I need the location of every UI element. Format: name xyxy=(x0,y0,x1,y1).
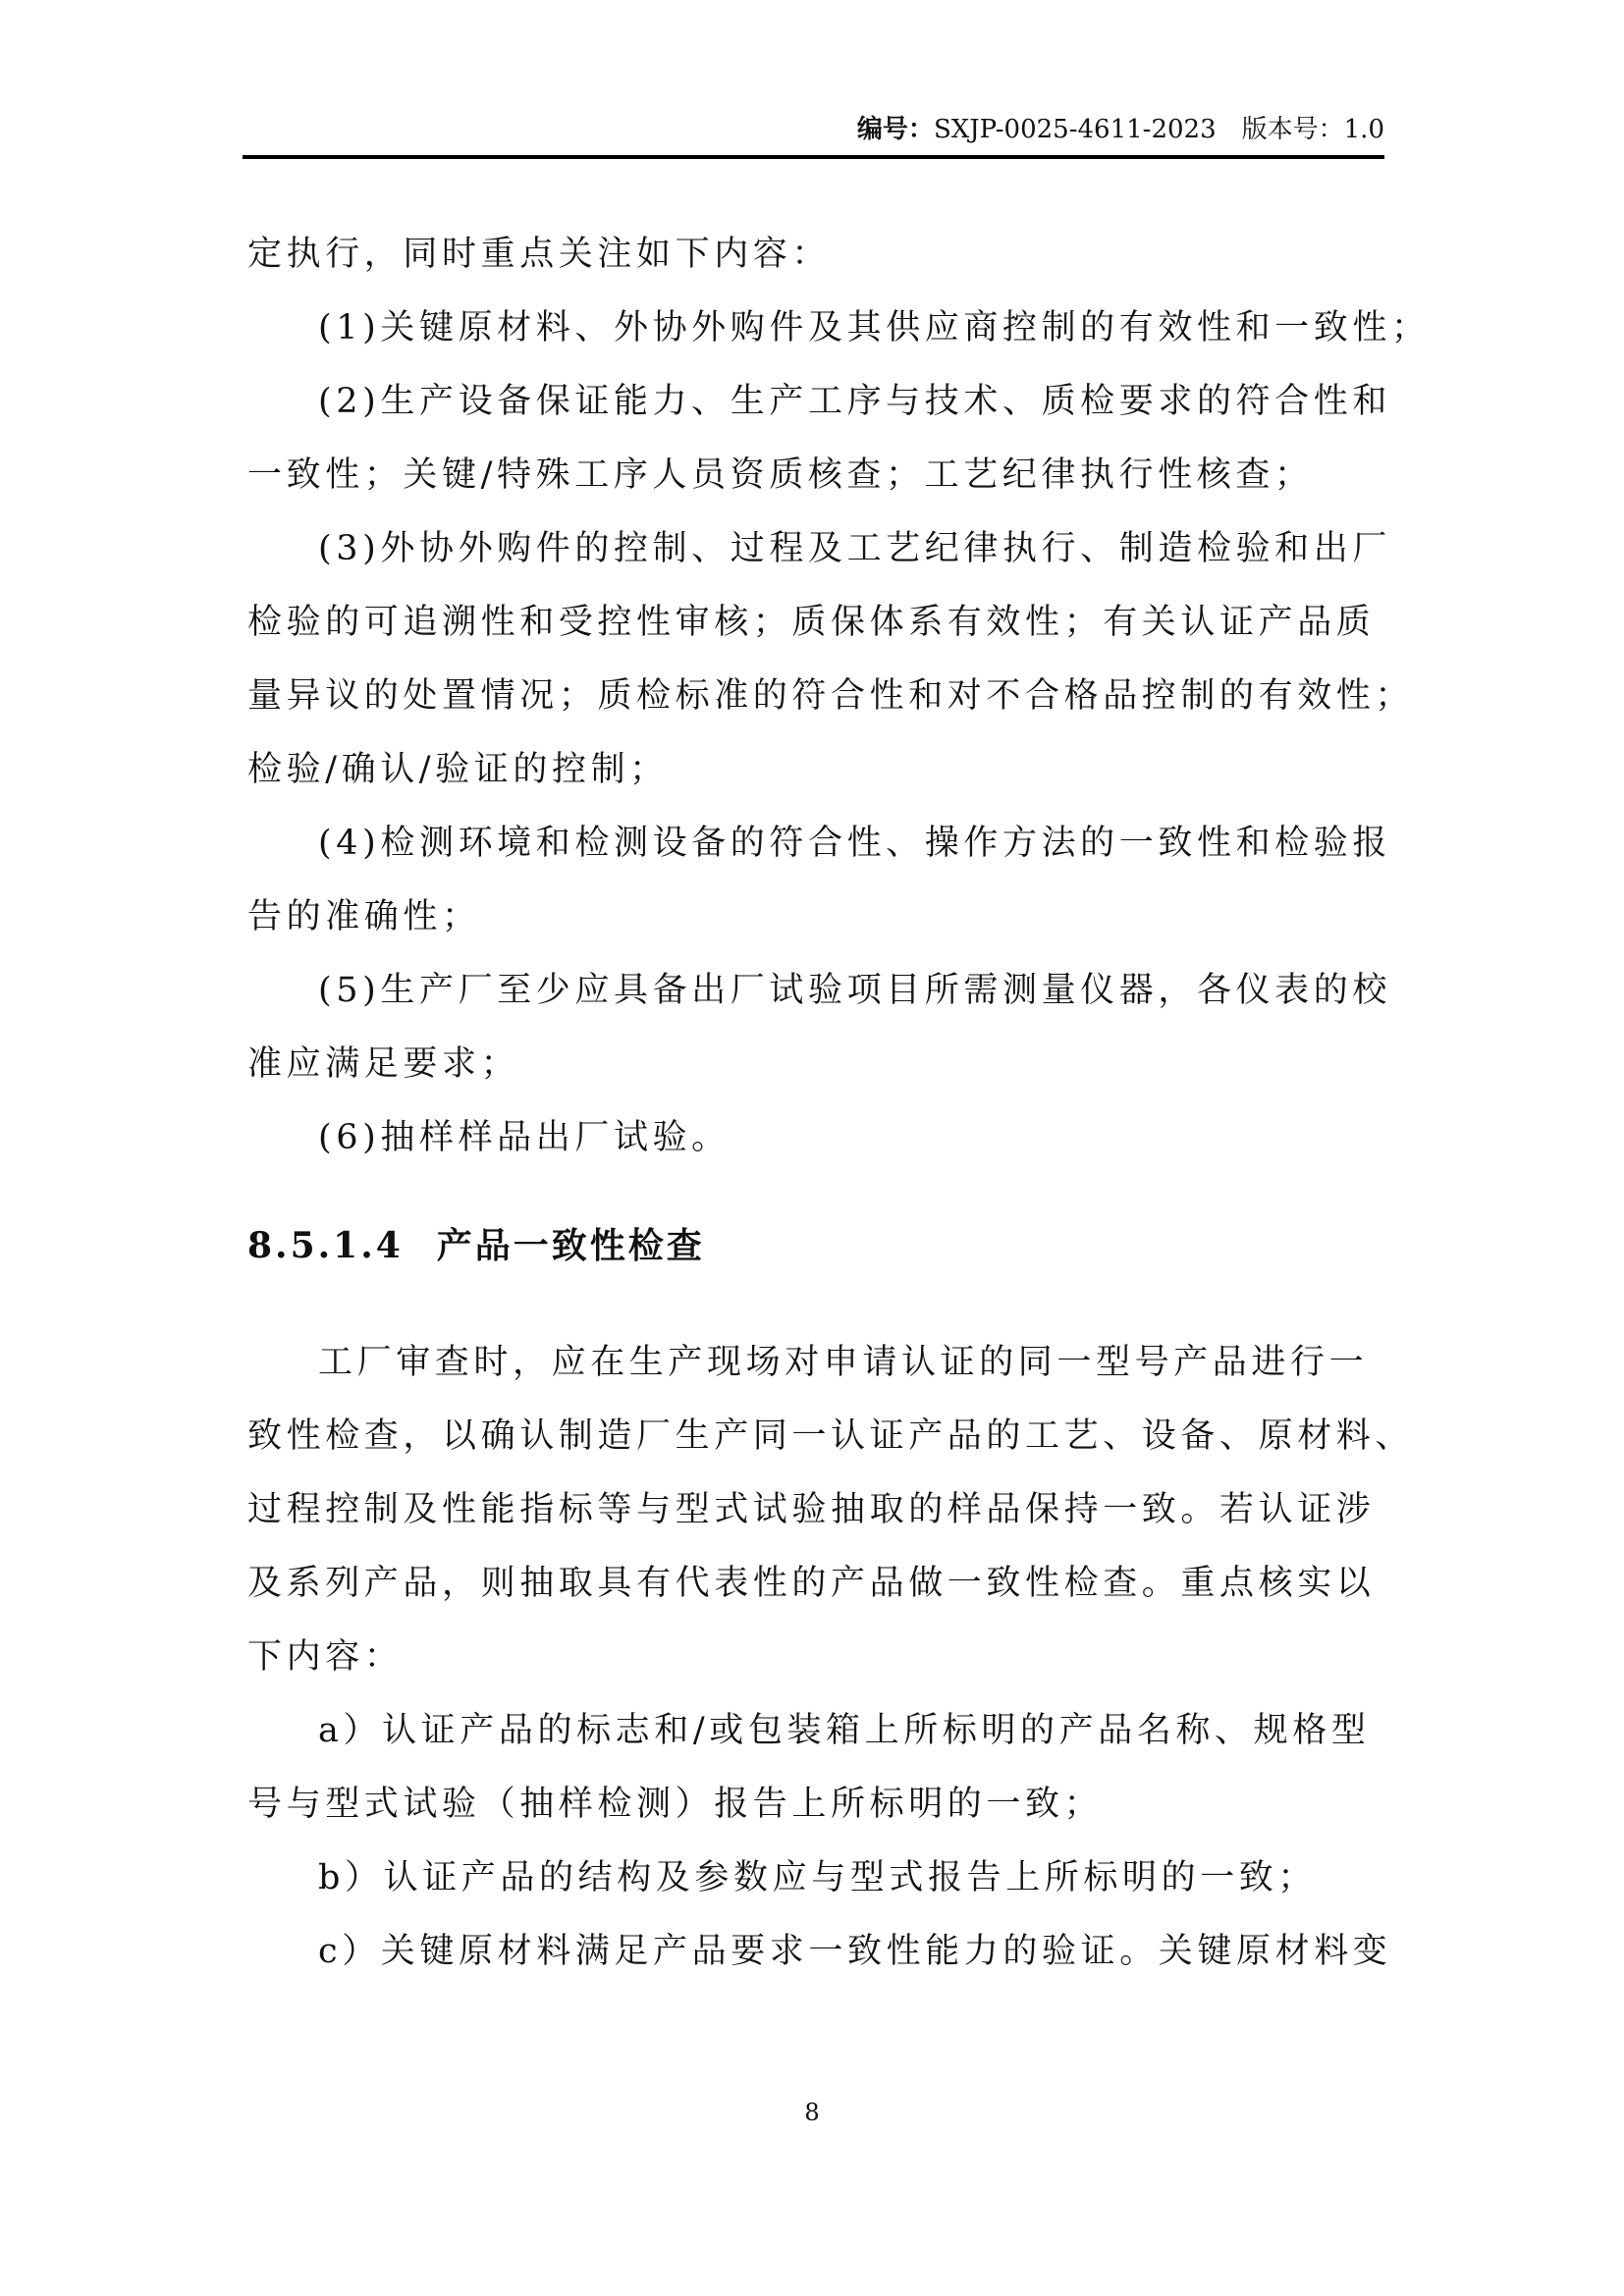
paragraph-continuation: 定执行，同时重点关注如下内容： xyxy=(247,218,1386,292)
text-line: 一致性；关键/特殊工序人员资质核查；工艺纪律执行性核查； xyxy=(247,439,1386,512)
doc-number: SXJP-0025-4611-2023 xyxy=(934,115,1217,144)
requirement-item-3: (3)外协外购件的控制、过程及工艺纪律执行、制造检验和出厂 检验的可追溯性和受控… xyxy=(247,512,1386,807)
text-line: b）认证产品的结构及参数应与型式报告上所标明的一致； xyxy=(247,1842,1386,1915)
requirement-item-2: (2)生产设备保证能力、生产工序与技术、质检要求的符合性和 一致性；关键/特殊工… xyxy=(247,365,1386,512)
text-line: 检验的可追溯性和受控性审核；质保体系有效性；有关认证产品质 xyxy=(247,586,1386,660)
section-heading: 8.5.1.4产品一致性检查 xyxy=(247,1187,1386,1305)
text-line: 及系列产品，则抽取具有代表性的产品做一致性检查。重点核实以 xyxy=(247,1547,1386,1621)
requirement-item-5: (5)生产厂至少应具备出厂试验项目所需测量仪器，各仪表的校 准应满足要求； xyxy=(247,954,1386,1101)
check-item-b: b）认证产品的结构及参数应与型式报告上所标明的一致； xyxy=(247,1842,1386,1915)
text-line: (4)检测环境和检测设备的符合性、操作方法的一致性和检验报 xyxy=(247,807,1386,881)
text-line: 号与型式试验（抽样检测）报告上所标明的一致； xyxy=(247,1768,1386,1842)
text-line: 下内容： xyxy=(247,1621,1386,1694)
text-line: (6)抽样样品出厂试验。 xyxy=(247,1101,1386,1175)
text-line: (1)关键原材料、外协外购件及其供应商控制的有效性和一致性； xyxy=(247,292,1386,365)
text-line: 致性检查，以确认制造厂生产同一认证产品的工艺、设备、原材料、 xyxy=(247,1400,1386,1473)
page-number: 8 xyxy=(785,2099,839,2126)
text-line: 量异议的处置情况；质检标准的符合性和对不合格品控制的有效性； xyxy=(247,660,1386,733)
version-label: 版本号： xyxy=(1242,115,1344,144)
page-header: 编号：SXJP-0025-4611-2023版本号：1.0 xyxy=(243,110,1384,159)
check-item-c: c）关键原材料满足产品要求一致性能力的验证。关键原材料变 xyxy=(247,1915,1386,1989)
text-line: c）关键原材料满足产品要求一致性能力的验证。关键原材料变 xyxy=(247,1915,1386,1989)
text-line: (5)生产厂至少应具备出厂试验项目所需测量仪器，各仪表的校 xyxy=(247,954,1386,1028)
text-line: (2)生产设备保证能力、生产工序与技术、质检要求的符合性和 xyxy=(247,365,1386,439)
text-line: 过程控制及性能指标等与型式试验抽取的样品保持一致。若认证涉 xyxy=(247,1473,1386,1547)
section-paragraph: 工厂审查时，应在生产现场对申请认证的同一型号产品进行一 致性检查，以确认制造厂生… xyxy=(247,1326,1386,1694)
version-number: 1.0 xyxy=(1344,115,1384,144)
text-line: (3)外协外购件的控制、过程及工艺纪律执行、制造检验和出厂 xyxy=(247,512,1386,586)
text-line: a）认证产品的标志和/或包装箱上所标明的产品名称、规格型 xyxy=(247,1694,1386,1768)
text-line: 准应满足要求； xyxy=(247,1028,1386,1101)
check-item-a: a）认证产品的标志和/或包装箱上所标明的产品名称、规格型 号与型式试验（抽样检测… xyxy=(247,1694,1386,1842)
section-title: 产品一致性检查 xyxy=(437,1225,705,1266)
doc-number-label: 编号： xyxy=(857,115,934,144)
text-line: 告的准确性； xyxy=(247,881,1386,954)
requirement-item-6: (6)抽样样品出厂试验。 xyxy=(247,1101,1386,1175)
section-number: 8.5.1.4 xyxy=(247,1225,404,1266)
text-line: 检验/确认/验证的控制； xyxy=(247,733,1386,807)
page-body: 定执行，同时重点关注如下内容： (1)关键原材料、外协外购件及其供应商控制的有效… xyxy=(247,218,1386,1989)
text-line: 工厂审查时，应在生产现场对申请认证的同一型号产品进行一 xyxy=(247,1326,1386,1400)
requirement-item-4: (4)检测环境和检测设备的符合性、操作方法的一致性和检验报 告的准确性； xyxy=(247,807,1386,954)
requirement-item-1: (1)关键原材料、外协外购件及其供应商控制的有效性和一致性； xyxy=(247,292,1386,365)
